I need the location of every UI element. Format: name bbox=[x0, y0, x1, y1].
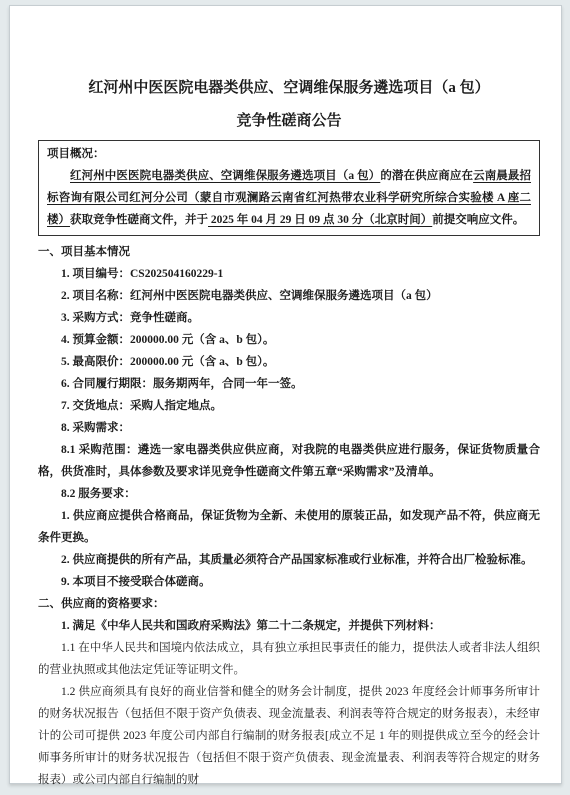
body-paragraph: 7. 交货地点：采购人指定地点。 bbox=[38, 395, 540, 417]
body-paragraph: 1. 供应商应提供合格商品，保证货物为全新、未使用的原装正品，如发现产品不符，供… bbox=[38, 505, 540, 549]
body-paragraph: 2. 项目名称：红河州中医医院电器类供应、空调维保服务遴选项目（a 包） bbox=[38, 285, 540, 307]
body-paragraph: 8. 采购需求： bbox=[38, 417, 540, 439]
body-paragraph: 1.2 供应商须具有良好的商业信誉和健全的财务会计制度，提供 2023 年度经会… bbox=[38, 681, 540, 791]
section-heading: 一、项目基本情况 bbox=[38, 241, 540, 263]
body-paragraph: 1. 满足《中华人民共和国政府采购法》第二十二条规定，并提供下列材料： bbox=[38, 615, 540, 637]
body-paragraph: 9. 本项目不接受联合体磋商。 bbox=[38, 571, 540, 593]
body-paragraph: 2. 供应商提供的所有产品，其质量必须符合产品国家标准或行业标准，并符合出厂检验… bbox=[38, 549, 540, 571]
body-paragraph: 3. 采购方式：竞争性磋商。 bbox=[38, 307, 540, 329]
project-overview-box: 项目概况： 红河州中医医院电器类供应、空调维保服务遴选项目（a 包）的潜在供应商… bbox=[38, 140, 540, 236]
plain-text: 获取竞争性磋商文件，并于 bbox=[70, 214, 208, 226]
body-paragraph: 6. 合同履行期限：服务期两年，合同一年一签。 bbox=[38, 373, 540, 395]
plain-text: 前提交响应文件。 bbox=[432, 214, 524, 226]
overview-label: 项目概况： bbox=[47, 143, 531, 165]
underlined-text: 2025 年 04 月 29 日 09 点 30 分（北京时间） bbox=[208, 214, 432, 226]
body-paragraph: 1. 项目编号：CS202504160229-1 bbox=[38, 263, 540, 285]
body-paragraph: 8.1 采购范围：遴选一家电器类供应供应商，对我院的电器类供应进行服务，保证货物… bbox=[38, 439, 540, 483]
body-paragraph: 1.1 在中华人民共和国境内依法成立，具有独立承担民事责任的能力，提供法人或者非… bbox=[38, 637, 540, 681]
body-paragraph: 4. 预算金额：200000.00 元（含 a、b 包）。 bbox=[38, 329, 540, 351]
section-heading: 二、供应商的资格要求： bbox=[38, 593, 540, 615]
document-page: 红河州中医医院电器类供应、空调维保服务遴选项目（a 包） 竞争性磋商公告 项目概… bbox=[9, 5, 562, 784]
document-title-line2: 竞争性磋商公告 bbox=[38, 111, 540, 131]
body-paragraph: 5. 最高限价：200000.00 元（含 a、b 包）。 bbox=[38, 351, 540, 373]
plain-text: 的潜在供应商应在 bbox=[380, 170, 473, 182]
document-body: 一、项目基本情况1. 项目编号：CS202504160229-12. 项目名称：… bbox=[38, 241, 540, 791]
underlined-text: 红河州中医医院电器类供应、空调维保服务遴选项目（a 包） bbox=[70, 170, 380, 182]
overview-paragraph: 红河州中医医院电器类供应、空调维保服务遴选项目（a 包）的潜在供应商应在云南晨晸… bbox=[47, 165, 531, 231]
document-title-line1: 红河州中医医院电器类供应、空调维保服务遴选项目（a 包） bbox=[38, 78, 540, 98]
body-paragraph: 8.2 服务要求： bbox=[38, 483, 540, 505]
